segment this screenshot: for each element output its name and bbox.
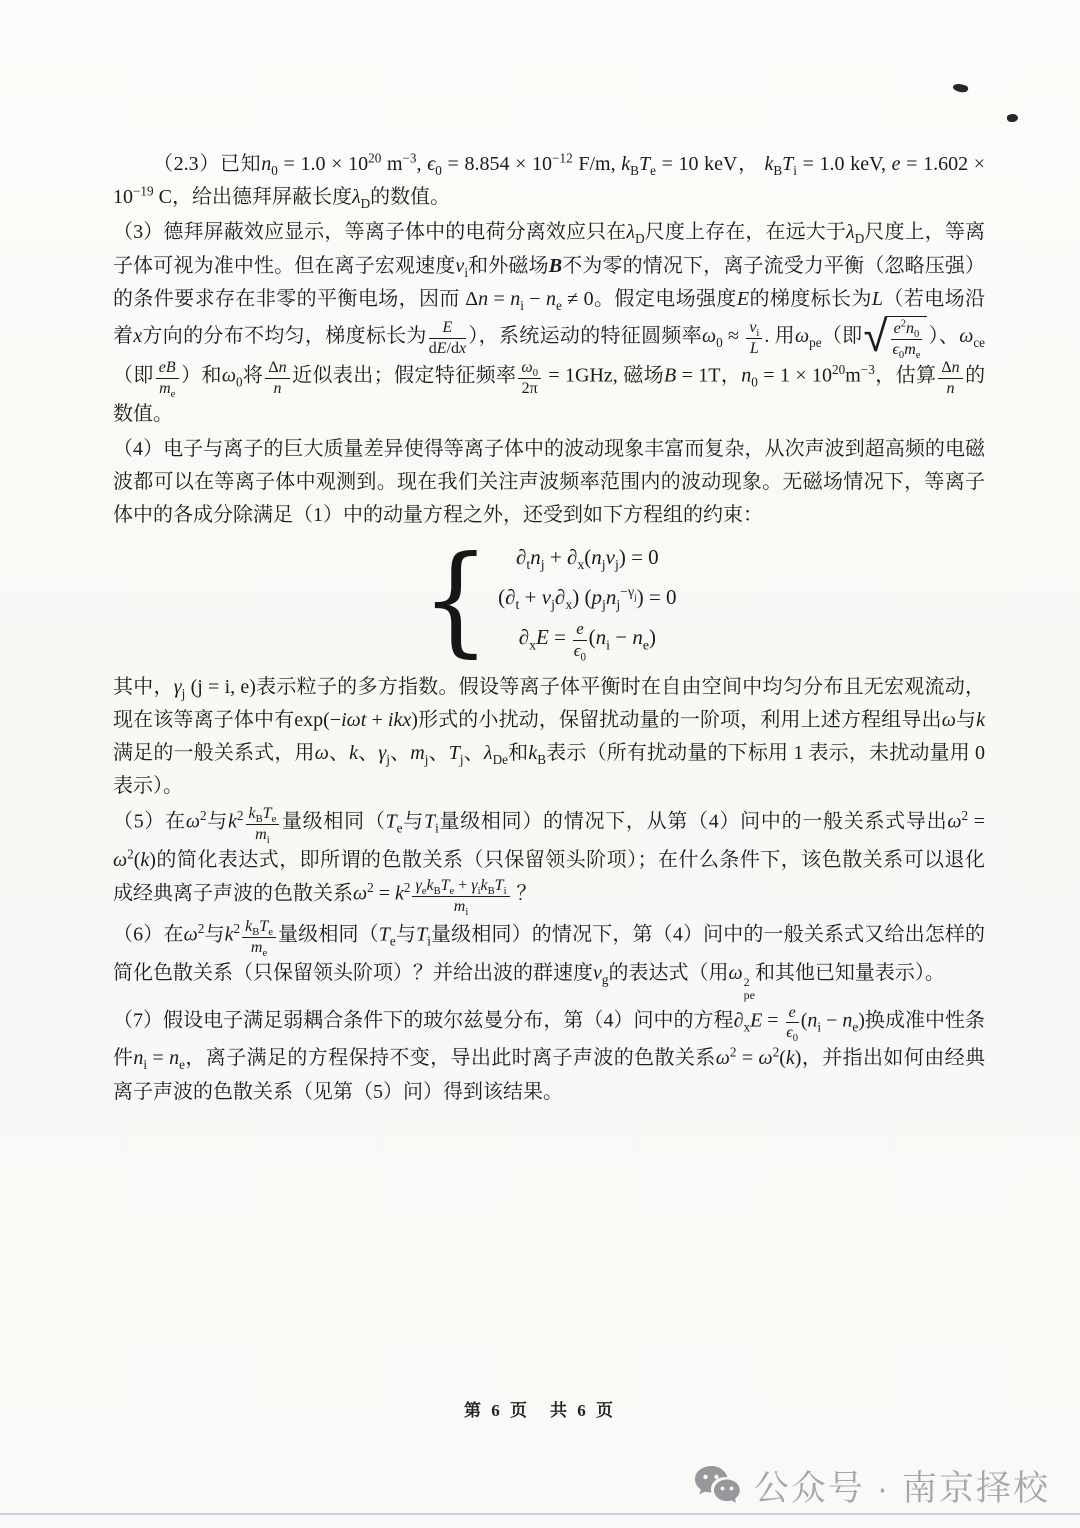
paragraph-q3: （3）德拜屏蔽效应显示，等离子体中的电荷分离效应只在λD尺度上存在，在远大于λD…: [113, 216, 985, 430]
watermark-label: 公众号 · 南京择校: [754, 1461, 1050, 1511]
equation-continuity: ∂tnj + ∂x(njvj) = 0: [516, 540, 659, 575]
scanned-exam-page: （2.3）已知n0 = 1.0 × 1020 m−3, ϵ0 = 8.854 ×…: [0, 0, 1080, 1528]
paragraph-q2-3: （2.3）已知n0 = 1.0 × 1020 m−3, ϵ0 = 8.854 ×…: [113, 148, 985, 214]
equation-poisson: ∂xE = eϵ0(ni − ne): [519, 620, 656, 661]
exam-body: （2.3）已知n0 = 1.0 × 1020 m−3, ϵ0 = 8.854 ×…: [113, 148, 985, 1111]
wechat-icon: [694, 1465, 742, 1507]
page-number-footer: 第 6 页 共 6 页: [0, 1396, 1080, 1421]
equation-brace: {: [421, 547, 490, 654]
paragraph-q4: （4）电子与离子的巨大质量差异使得等离子体中的波动现象丰富而复杂，从次声波到超高…: [113, 433, 985, 533]
ink-speck: [952, 82, 969, 94]
equation-system: { ∂tnj + ∂x(njvj) = 0 (∂t + vj∂x) (pjnj−…: [113, 540, 985, 660]
wechat-watermark: 公众号 · 南京择校: [694, 1461, 1050, 1511]
bottom-divider-line: [0, 1513, 1080, 1515]
ink-speck: [1006, 113, 1018, 123]
equation-adiabatic: (∂t + vj∂x) (pjnj−γj) = 0: [498, 580, 676, 615]
equation-lines: ∂tnj + ∂x(njvj) = 0 (∂t + vj∂x) (pjnj−γj…: [498, 540, 676, 660]
paragraph-q4-note: 其中，γj (j = i, e)表示粒子的多方指数。假设等离子体平衡时在自由空间…: [113, 671, 985, 804]
paragraph-q6: （6）在ω2与k2kBTeme量级相同（Te与Ti量级相同）的情况下，第（4）问…: [113, 918, 985, 1001]
paragraph-q5: （5）在ω2与k2kBTemi量级相同（Te与Ti量级相同）的情况下，从第（4）…: [113, 805, 985, 916]
paragraph-q7: （7）假设电子满足弱耦合条件下的玻尔兹曼分布，第（4）问中的方程∂xE = eϵ…: [113, 1004, 985, 1109]
